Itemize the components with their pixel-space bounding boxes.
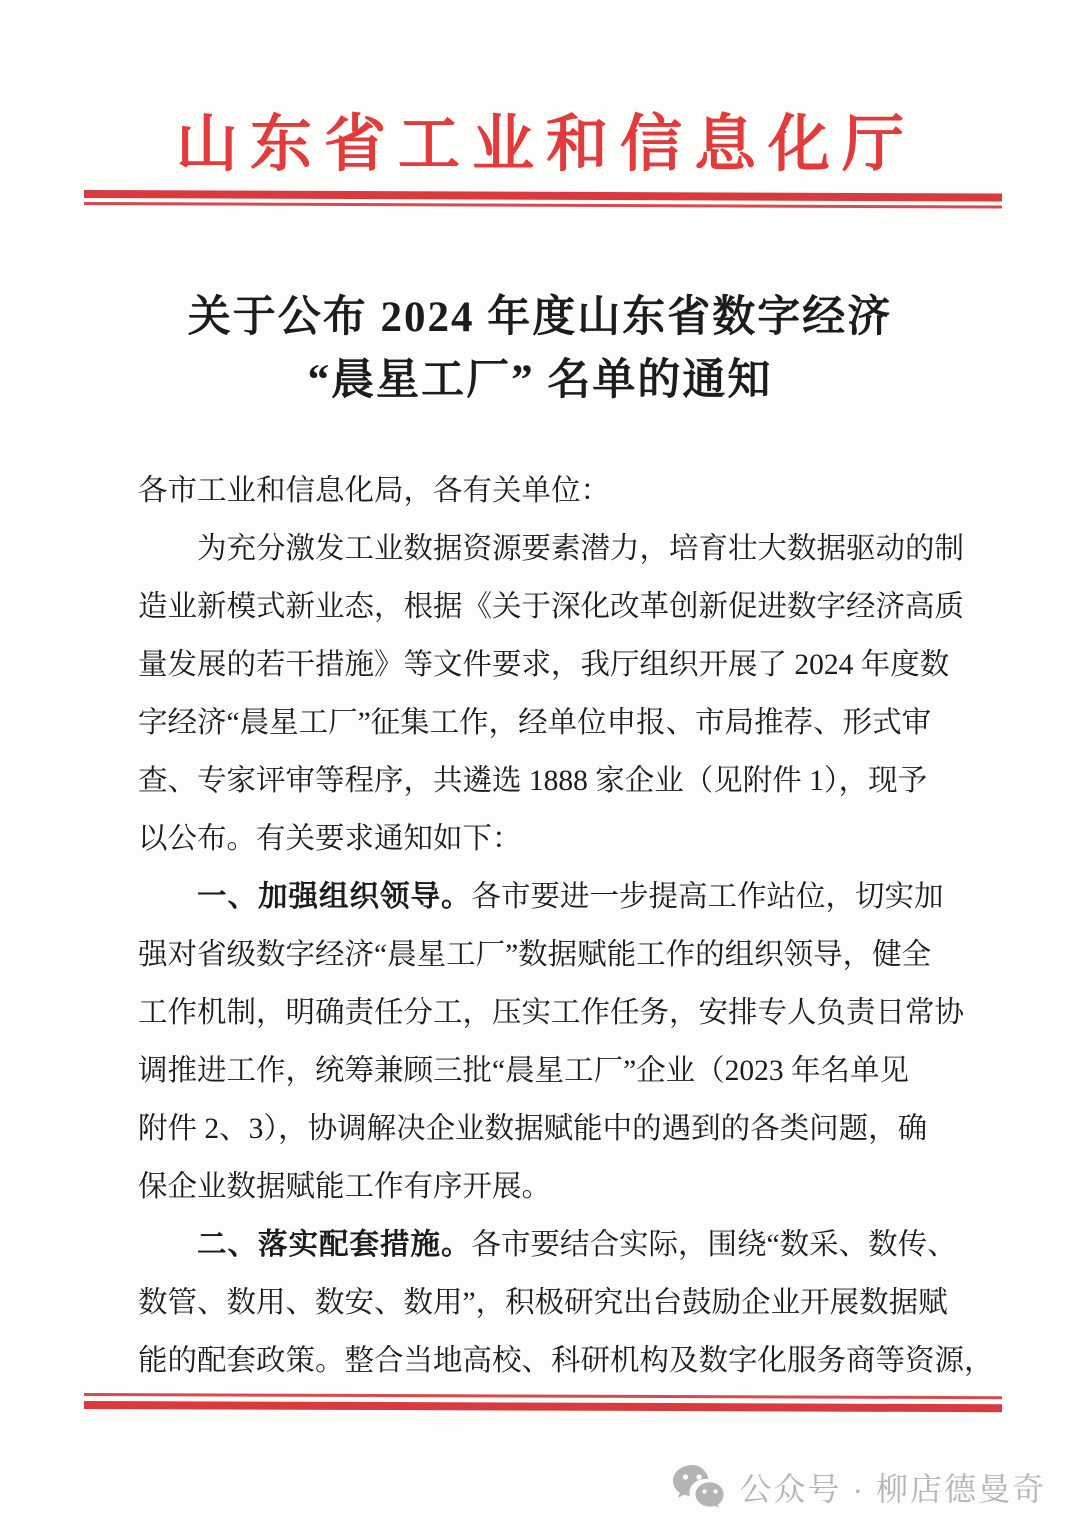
body-line: 查、专家评审等程序，共遴选 1888 家企业（见附件 1），现予 [138,752,962,810]
divider-thick-line [84,190,1002,202]
body-line: 工作机制，明确责任分工，压实工作任务，安排专人负责日常协 [138,984,962,1042]
body-line: 各市工业和信息化局，各有关单位： [138,462,962,520]
letterhead-agency-name: 山东省工业和信息化厅 [0,94,1080,183]
body-line: 为充分激发工业数据资源要素潜力，培育壮大数据驱动的制 [138,520,962,578]
body-line: 强对省级数字经济“晨星工厂”数据赋能工作的组织领导，健全 [138,926,962,984]
document-title: 关于公布 2024 年度山东省数字经济 “晨星工厂” 名单的通知 [0,286,1080,412]
body-line: 保企业数据赋能工作有序开展。 [138,1158,962,1216]
divider-thin-line [84,1393,1002,1399]
wechat-watermark: 公众号 · 柳店德曼奇 [672,1464,1046,1510]
letterhead-divider [84,190,1002,209]
body-line: 量发展的若干措施》等文件要求，我厅组织开展了 2024 年度数 [138,636,962,694]
body-line-section-2: 二、落实配套措施。各市要结合实际，围绕“数采、数传、 [138,1216,962,1274]
body-line: 字经济“晨星工厂”征集工作，经单位申报、市局推荐、形式审 [138,694,962,752]
footer-divider [84,1393,1002,1412]
wechat-icon [672,1464,726,1510]
divider-thin-line [84,202,1002,209]
body-line: 能的配套政策。整合当地高校、科研机构及数字化服务商等资源， [138,1332,962,1390]
body-line: 数管、数用、数安、数用”，积极研究出台鼓励企业开展数据赋 [138,1274,962,1332]
body-line: 附件 2、3），协调解决企业数据赋能中的遇到的各类问题，确 [138,1100,962,1158]
body-line: 调推进工作，统筹兼顾三批“晨星工厂”企业（2023 年名单见 [138,1042,962,1100]
document-title-line1: 关于公布 2024 年度山东省数字经济 [0,286,1080,349]
document-title-line2: “晨星工厂” 名单的通知 [0,349,1080,412]
body-line-section-1: 一、加强组织领导。各市要进一步提高工作站位，切实加 [138,868,962,926]
divider-thick-line [84,1401,1002,1412]
watermark-text: 公众号 · 柳店德曼奇 [740,1464,1046,1510]
document-page: 山东省工业和信息化厅 关于公布 2024 年度山东省数字经济 “晨星工厂” 名单… [0,0,1080,1536]
document-body: 各市工业和信息化局，各有关单位： 为充分激发工业数据资源要素潜力，培育壮大数据驱… [138,462,962,1390]
body-line: 以公布。有关要求通知如下： [138,810,962,868]
body-line: 造业新模式新业态，根据《关于深化改革创新促进数字经济高质 [138,578,962,636]
